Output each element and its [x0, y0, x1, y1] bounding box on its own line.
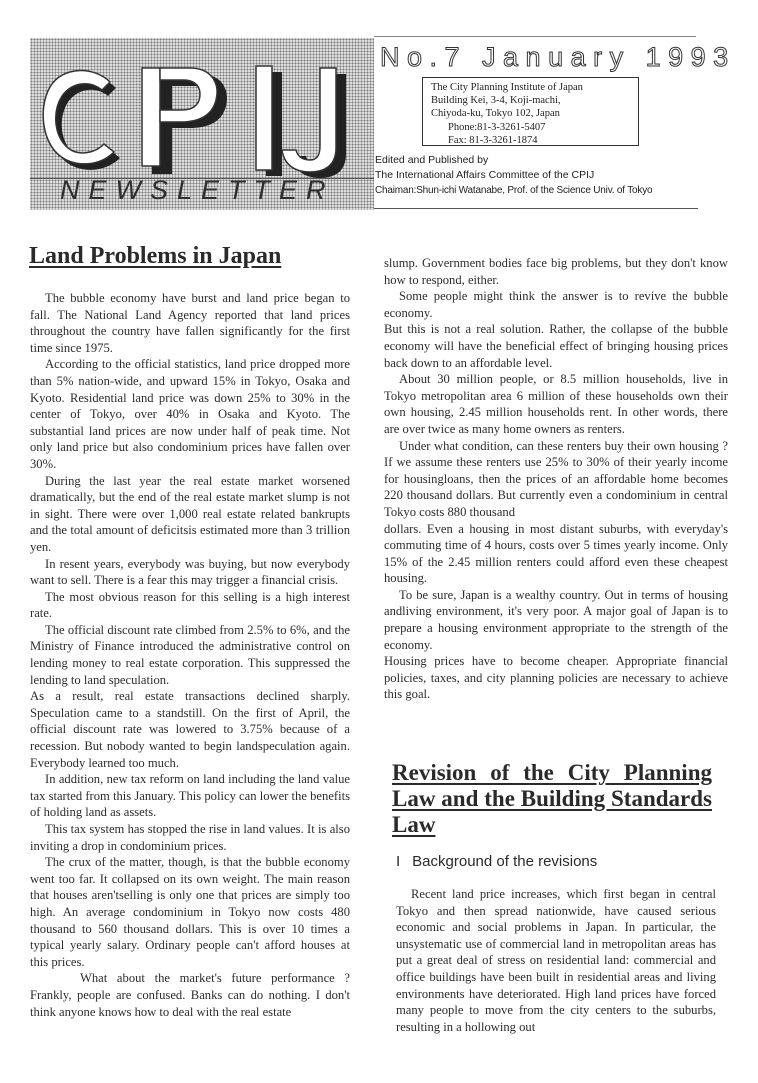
paragraph: This tax system has stopped the rise in …: [30, 821, 350, 854]
paragraph: To be sure, Japan is a wealthy country. …: [384, 587, 728, 653]
publisher-committee: The International Affairs Committee of t…: [375, 168, 652, 183]
article-title-land-problems: Land Problems in Japan: [29, 243, 281, 270]
address-box: The City Planning Institute of Japan Bui…: [422, 77, 639, 146]
fax-number: Fax: 81-3-3261-1874: [431, 136, 638, 146]
paragraph: In addition, new tax reform on land incl…: [30, 771, 350, 821]
publisher-label: Edited and Published by: [375, 153, 652, 168]
paragraph: Housing prices have to become cheaper. A…: [384, 653, 728, 703]
article1-right-column: slump. Government bodies face big proble…: [384, 255, 728, 703]
address-line: The City Planning Institute of Japan: [431, 81, 638, 94]
paragraph: Recent land price increases, which first…: [396, 886, 716, 1035]
article2-column: Recent land price increases, which first…: [396, 886, 716, 1035]
paragraph: Some people might think the answer is to…: [384, 288, 728, 321]
paragraph: About 30 million people, or 8.5 million …: [384, 371, 728, 437]
paragraph: But this is not a real solution. Rather,…: [384, 321, 728, 371]
paragraph: In resent years, everybody was buying, b…: [30, 556, 350, 589]
paragraph: Under what condition, can these renters …: [384, 438, 728, 521]
section-number: I: [396, 853, 400, 870]
paragraph: The crux of the matter, though, is that …: [30, 854, 350, 970]
section-title: Background of the revisions: [412, 853, 597, 870]
article1-left-column: The bubble economy have burst and land p…: [30, 290, 350, 1020]
publisher-info: Edited and Published by The Internationa…: [375, 153, 652, 198]
phone-number: Phone:81-3-3261-5407: [431, 123, 638, 133]
paragraph: According to the official statistics, la…: [30, 356, 350, 472]
address-line: Building Kei, 3-4, Koji-machi,: [431, 94, 638, 107]
masthead-logo-panel: NEWSLETTER: [30, 38, 374, 210]
paragraph: As a result, real estate transactions de…: [30, 688, 350, 771]
header-rule-bottom: [374, 208, 698, 209]
article-title-revision: Revision of the City Planning Law and th…: [392, 760, 712, 838]
paragraph: slump. Government bodies face big proble…: [384, 255, 728, 288]
paragraph: During the last year the real estate mar…: [30, 473, 350, 556]
address-line: Chiyoda-ku, Tokyo 102, Japan: [431, 107, 638, 120]
paragraph: The most obvious reason for this selling…: [30, 589, 350, 622]
newsletter-wordmark: NEWSLETTER: [60, 175, 335, 206]
issue-label: No.7 January 1993: [380, 42, 736, 73]
header-rule-top: [374, 36, 696, 37]
paragraph: The official discount rate climbed from …: [30, 622, 350, 688]
section-heading: IBackground of the revisions: [396, 853, 597, 870]
publisher-chairman: Chaiman:Shun-ichi Watanabe, Prof. of the…: [375, 183, 652, 198]
paragraph: The bubble economy have burst and land p…: [30, 290, 350, 356]
paragraph: What about the market's future performan…: [30, 970, 350, 1020]
paragraph: dollars. Even a housing in most distant …: [384, 521, 728, 587]
